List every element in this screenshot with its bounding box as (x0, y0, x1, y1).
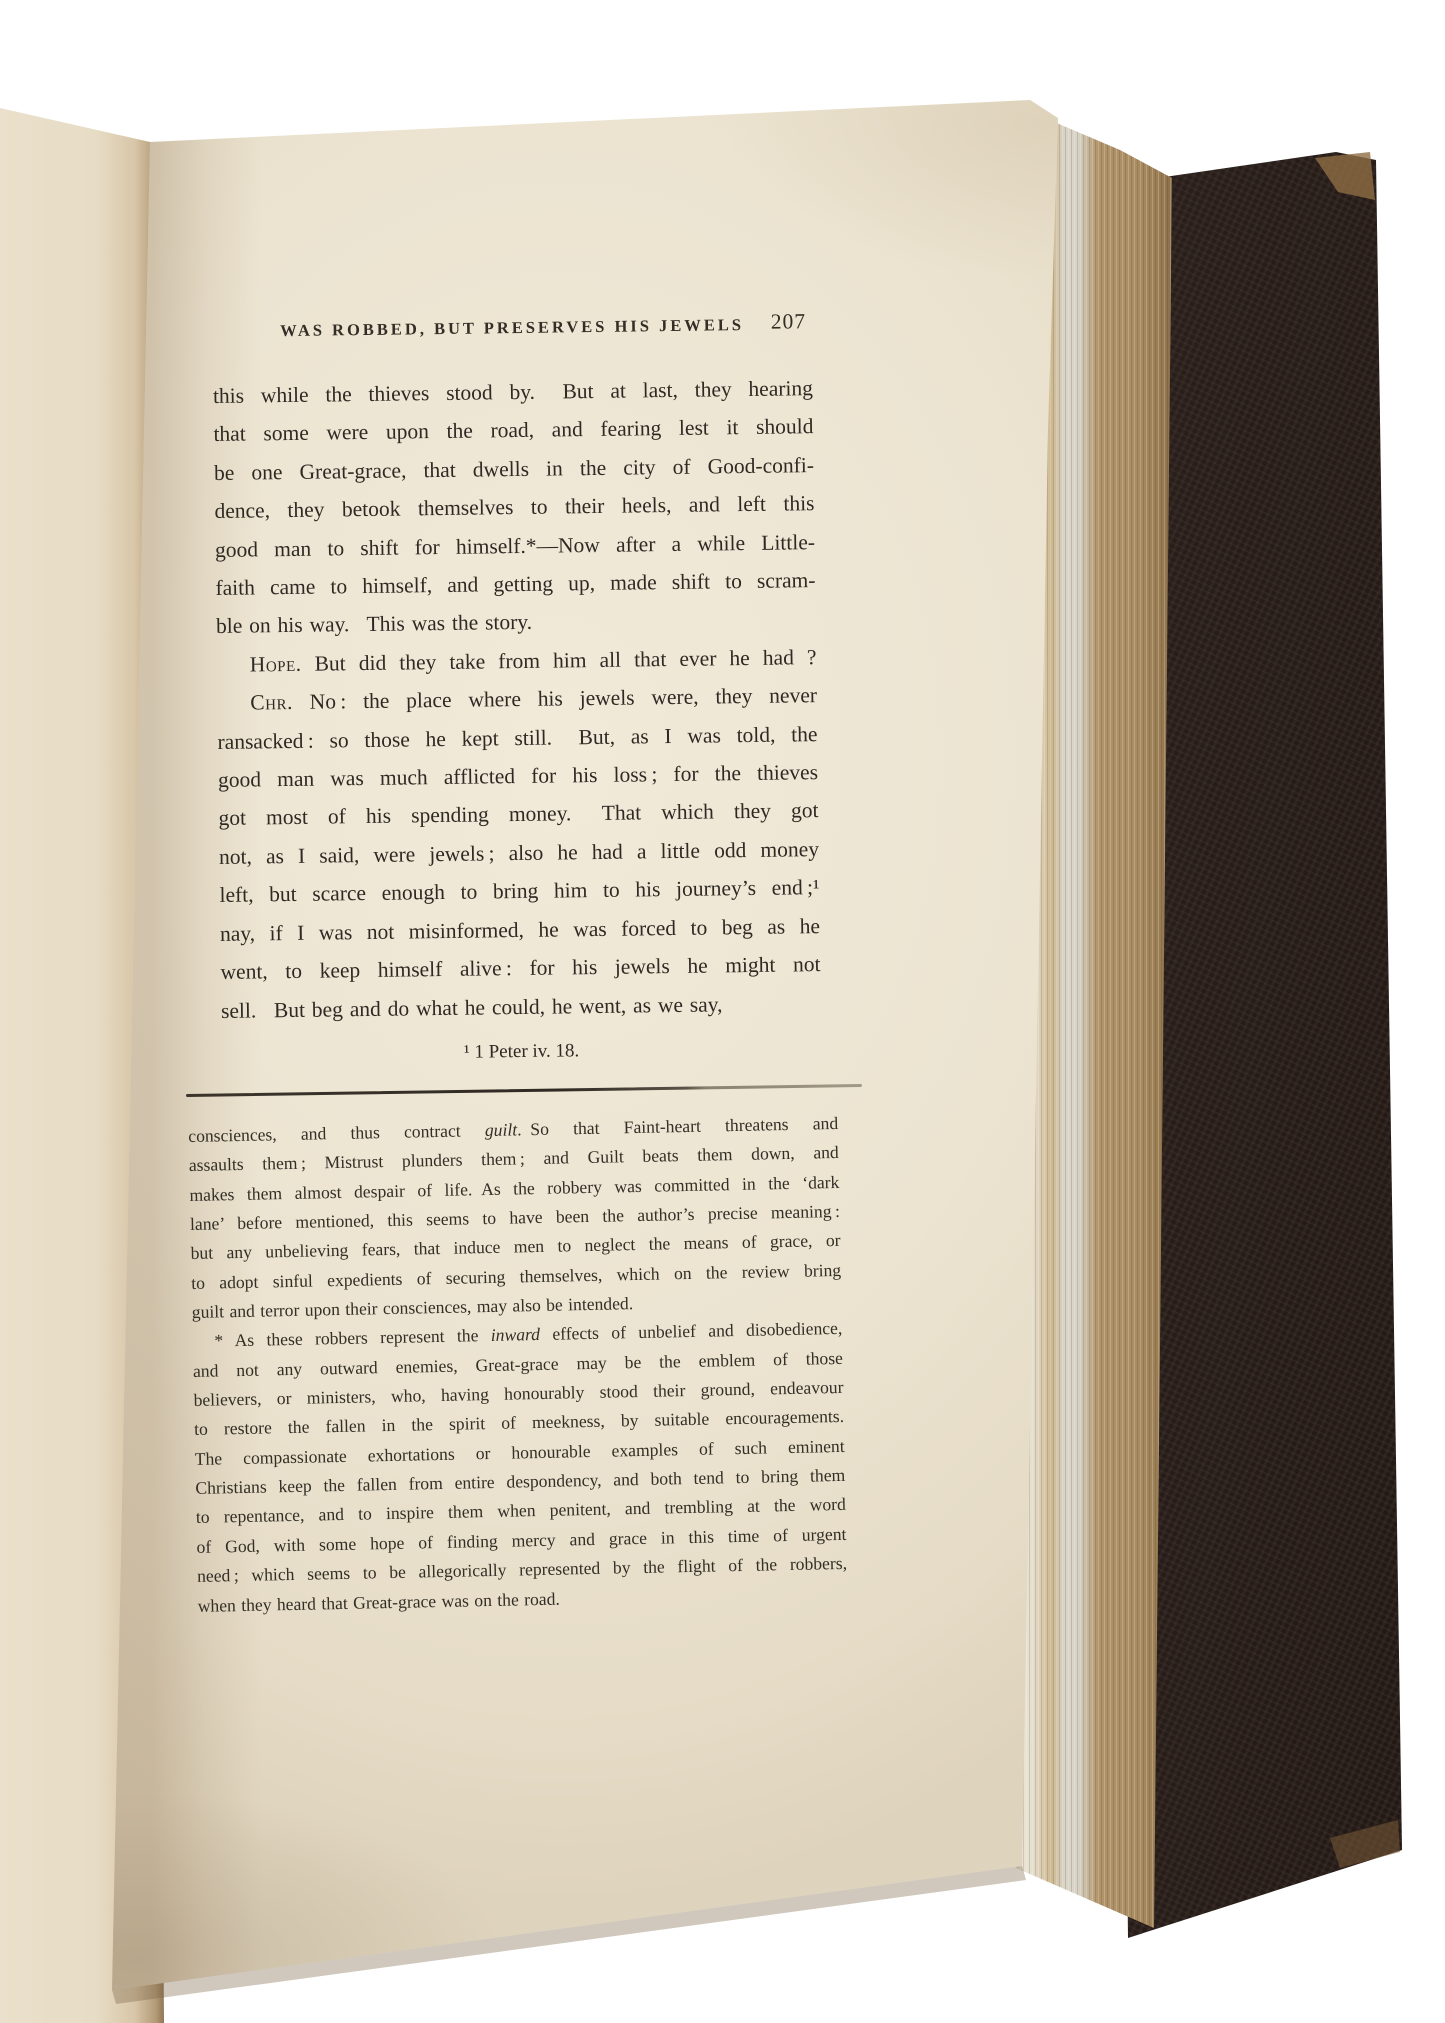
text-line: sell. But beg and do what he could, he w… (221, 984, 821, 1030)
page-number: 207 (771, 309, 807, 333)
body-text: this while the thieves stood by. But at … (213, 369, 821, 1030)
paragraph: this while the thieves stood by. But at … (213, 369, 816, 646)
commentary-footnote: consciences, and thus contract guilt. So… (188, 1109, 848, 1621)
text-line: went, to keep himself alive : for his je… (220, 945, 820, 991)
book-photo: WAS ROBBED, BUT PRESERVES HIS JEWELS 207… (0, 0, 1445, 2023)
paragraph: consciences, and thus contract guilt. So… (188, 1109, 842, 1327)
running-header-title: WAS ROBBED, BUT PRESERVES HIS JEWELS (280, 315, 744, 340)
paragraph: Chr. No : the place where his jewels wer… (217, 676, 821, 1029)
paragraph: * As these robbers represent the inward … (192, 1314, 848, 1620)
page-text-block: WAS ROBBED, BUT PRESERVES HIS JEWELS 207… (212, 312, 822, 1071)
